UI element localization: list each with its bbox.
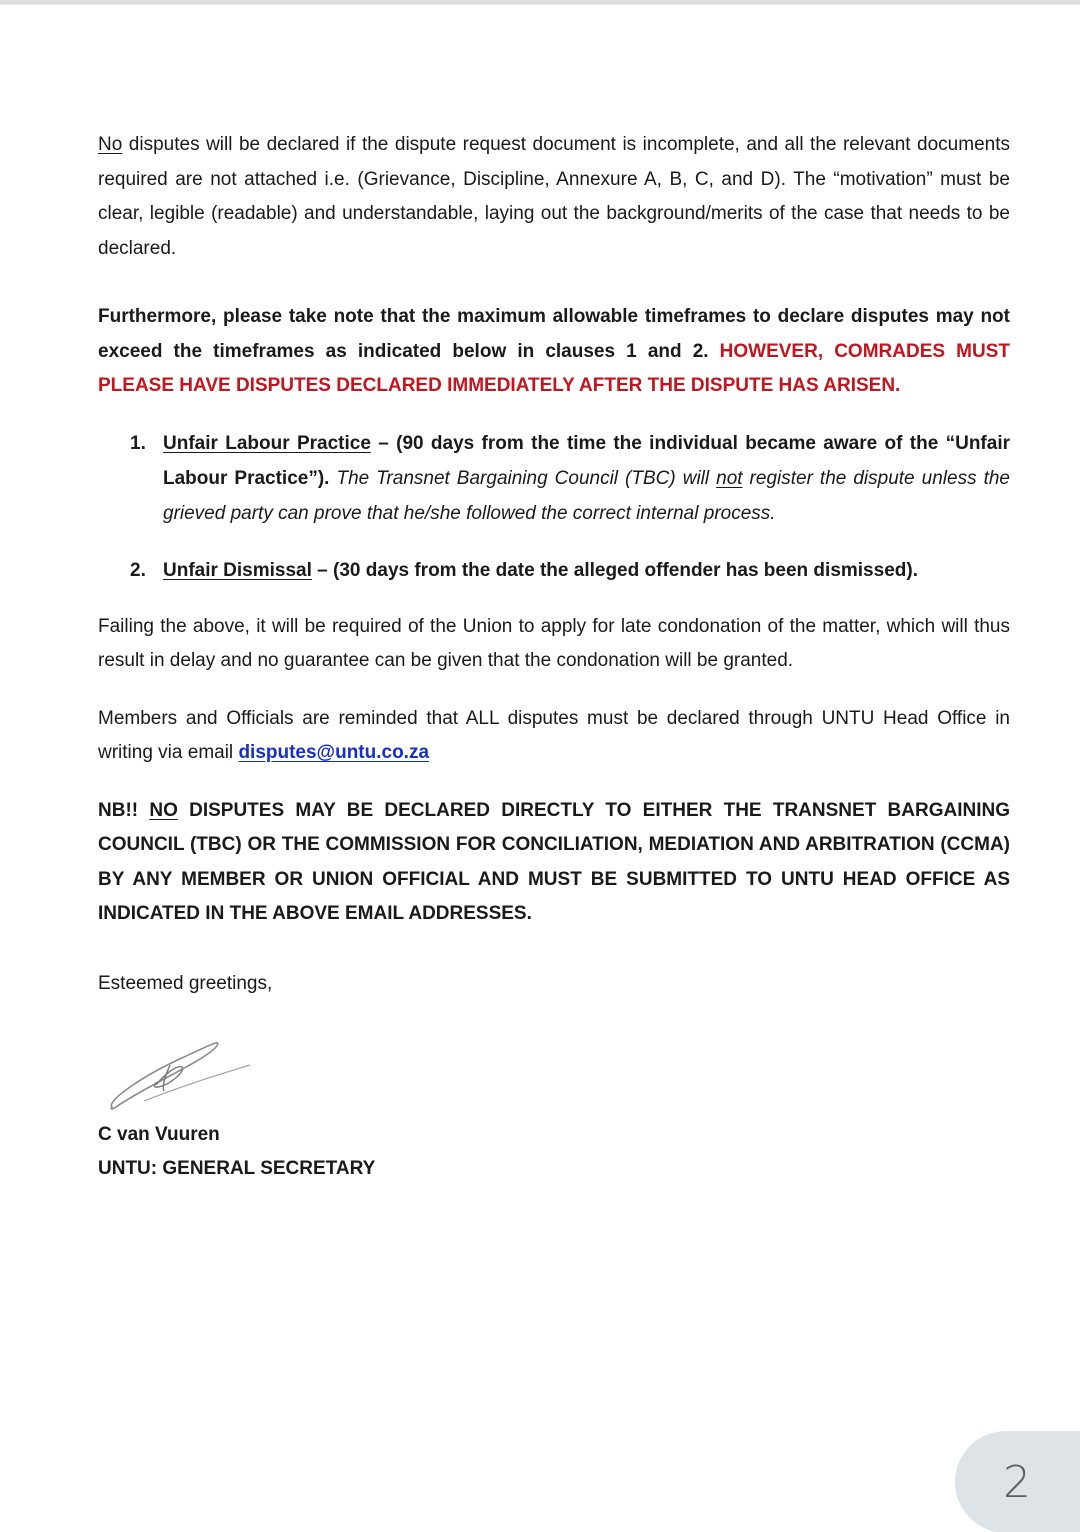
emphasis-no: No <box>98 134 122 155</box>
page-number-indicator: 2 <box>955 1431 1080 1532</box>
disputes-email-link[interactable]: disputes@untu.co.za <box>238 742 429 763</box>
signature-image <box>104 1035 254 1115</box>
signatory-block: C van Vuuren UNTU: GENERAL SECRETARY <box>98 1118 375 1186</box>
paragraph-incomplete-requests: No disputes will be declared if the disp… <box>98 128 1010 266</box>
clause-unfair-labour-practice: 1.Unfair Labour Practice – (90 days from… <box>98 426 1010 531</box>
document-page: No disputes will be declared if the disp… <box>98 128 1010 1001</box>
viewer-top-bar <box>0 0 1080 5</box>
paragraph-head-office: Members and Officials are reminded that … <box>98 702 1010 771</box>
signatory-name: C van Vuuren <box>98 1118 375 1152</box>
nb-notice: NB!! NO DISPUTES MAY BE DECLARED DIRECTL… <box>98 794 1010 932</box>
clause-title: Unfair Dismissal <box>163 560 312 581</box>
closing-greeting: Esteemed greetings, <box>98 967 1010 1001</box>
page-number: 2 <box>1003 1457 1031 1508</box>
signatory-title: UNTU: GENERAL SECRETARY <box>98 1152 375 1186</box>
clause-unfair-dismissal: 2.Unfair Dismissal – (30 days from the d… <box>98 553 1010 588</box>
paragraph-timeframes: Furthermore, please take note that the m… <box>98 300 1010 404</box>
paragraph-condonation: Failing the above, it will be required o… <box>98 610 1010 679</box>
clause-list: 1.Unfair Labour Practice – (90 days from… <box>98 426 1010 588</box>
clause-title: Unfair Labour Practice <box>163 433 371 454</box>
